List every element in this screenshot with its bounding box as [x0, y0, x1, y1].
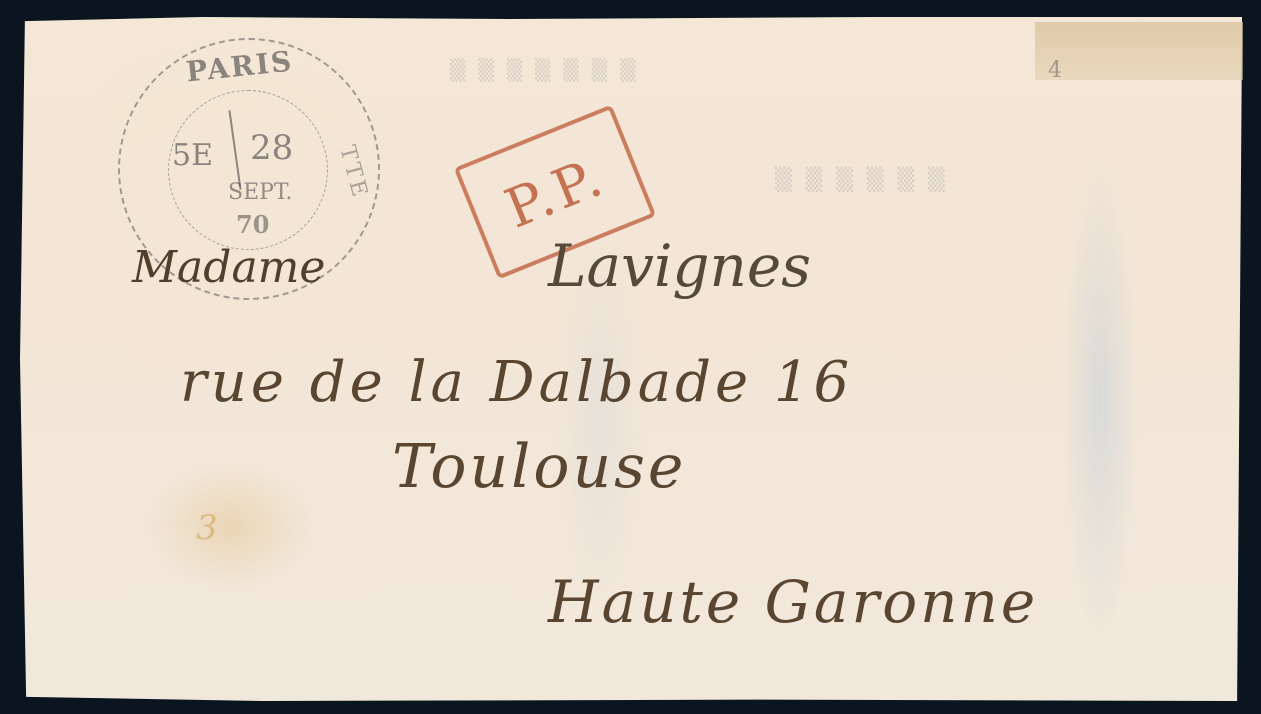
- address-street: rue de la Dalbade 16: [180, 350, 853, 415]
- ghost-show-through-text: ▒ ▒ ▒ ▒ ▒ ▒ ▒: [450, 58, 638, 82]
- postmark-day: 28: [250, 128, 293, 168]
- address-name: Lavignes: [548, 232, 811, 300]
- postmark-year: 70: [236, 210, 269, 239]
- pencil-number: 4: [1048, 58, 1062, 83]
- postmark-month: SEPT.: [228, 180, 292, 205]
- postmark-city: PARIS: [185, 44, 295, 88]
- ghost-show-through-text: ▒ ▒ ▒ ▒ ▒ ▒: [775, 168, 948, 193]
- address-city: Toulouse: [392, 432, 686, 502]
- pp-cachet-text: P.P.: [496, 144, 613, 240]
- address-salutation: Madame: [132, 242, 325, 293]
- postmark-rim-text: TTE: [334, 143, 372, 202]
- stain-mark: 3: [196, 508, 218, 548]
- postmark-hour: 5E: [172, 138, 213, 173]
- address-department: Haute Garonne: [548, 568, 1038, 636]
- hinge-tape: [1035, 22, 1243, 80]
